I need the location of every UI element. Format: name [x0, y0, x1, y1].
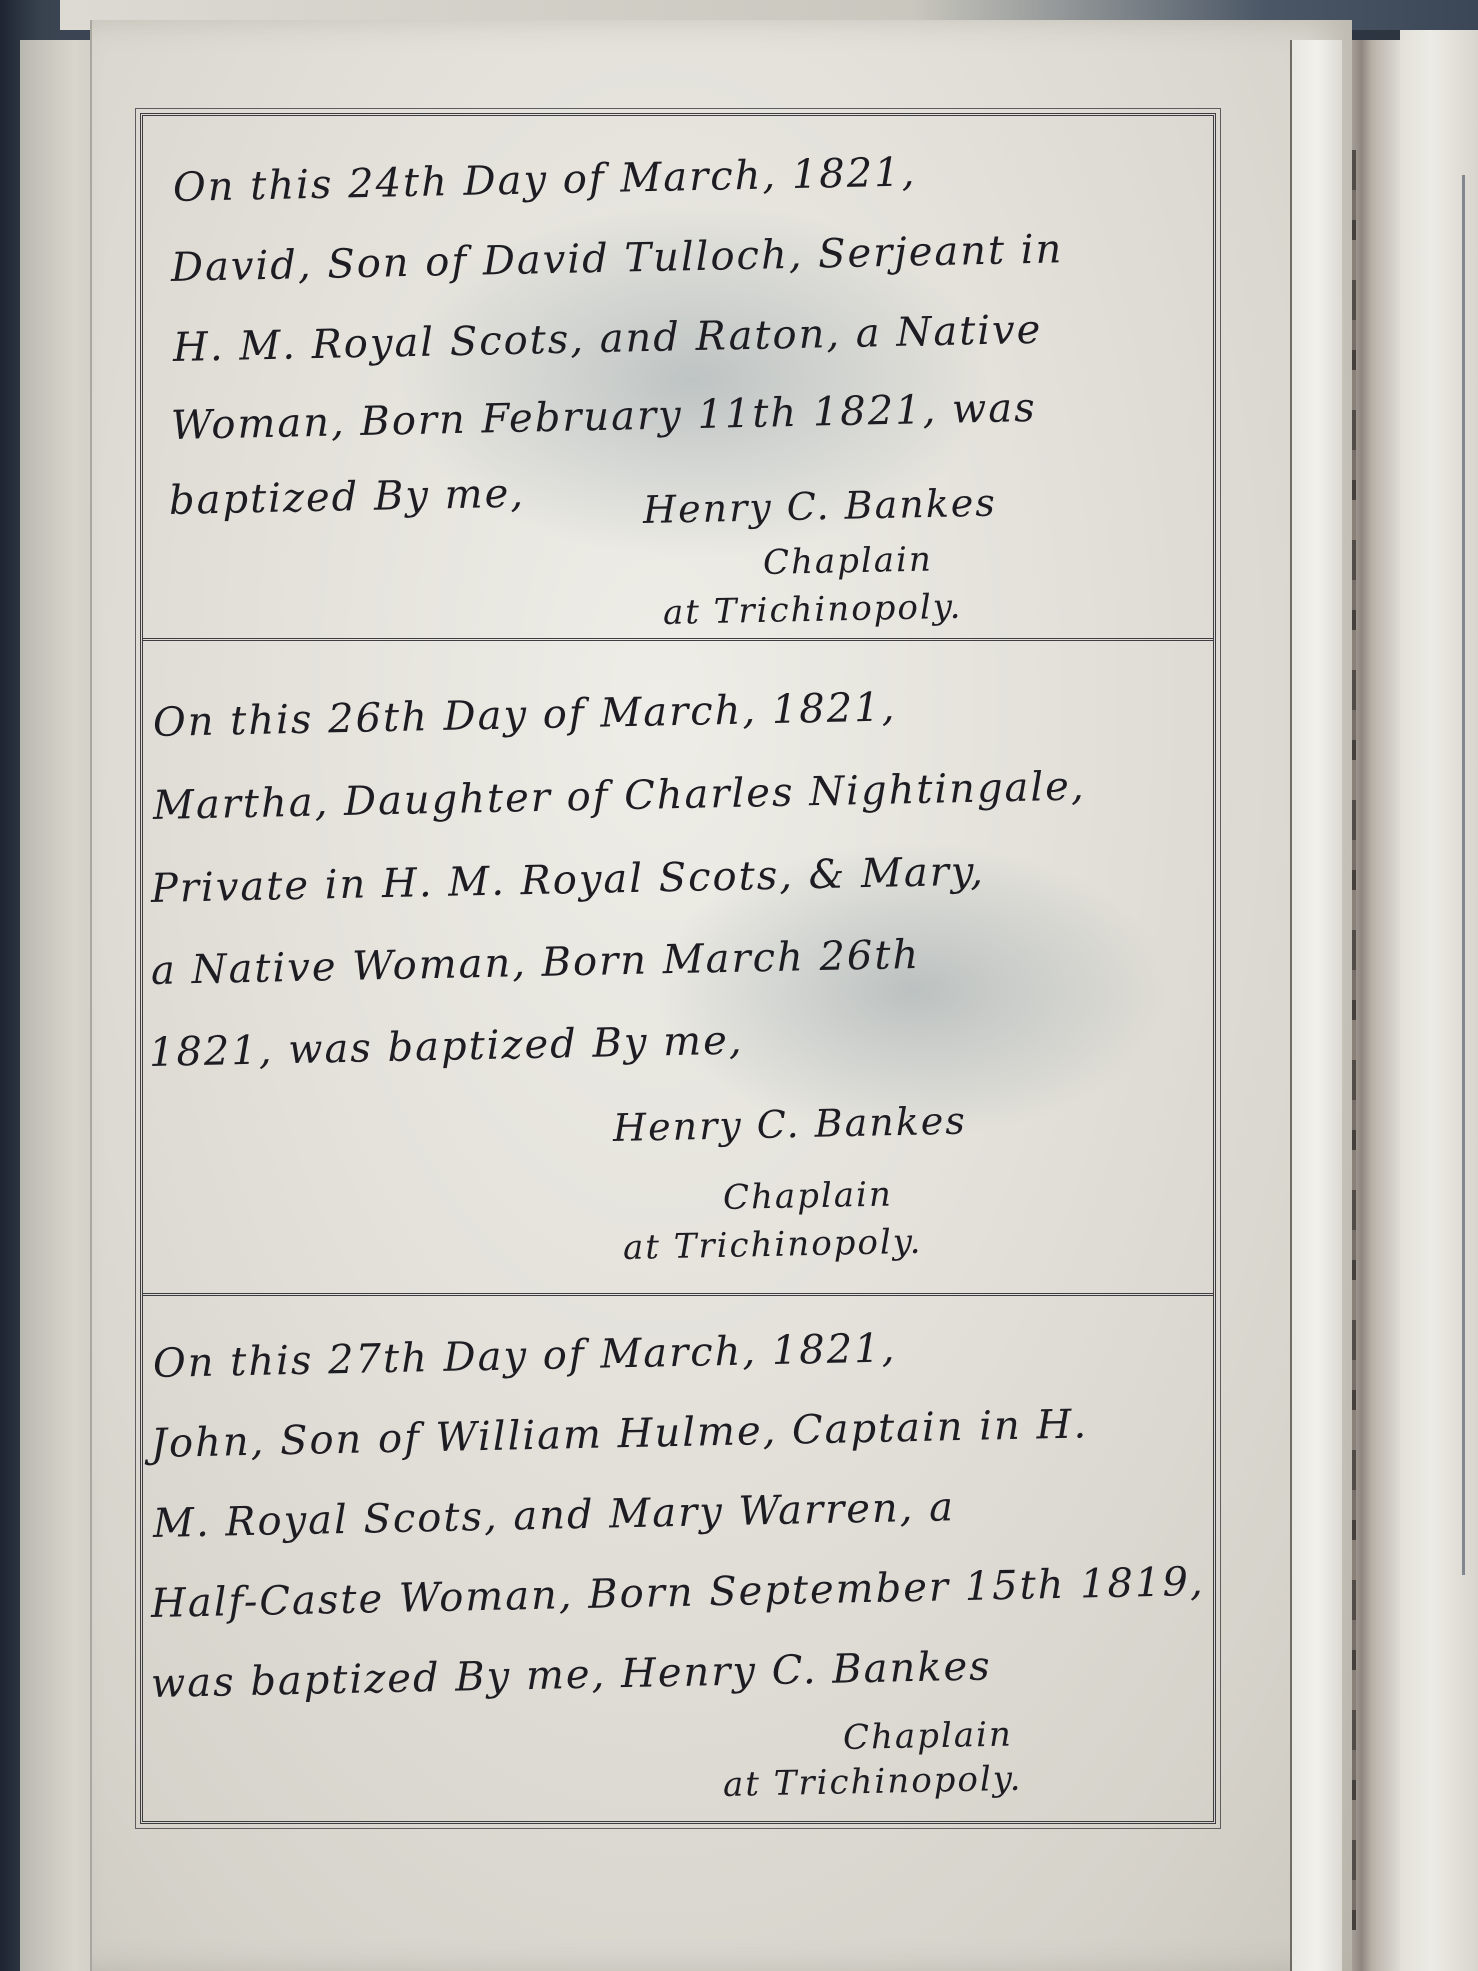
signature-title: Chaplain	[843, 1717, 1014, 1755]
entry-line: Martha, Daughter of Charles Nightingale,	[153, 766, 1086, 826]
signature-location: at Trichinopoly.	[723, 1762, 1023, 1802]
signature-title: Chaplain	[723, 1177, 894, 1215]
signature-title: Chaplain	[763, 542, 934, 580]
entry-line: baptized By me,	[169, 474, 526, 521]
binding-thread	[1352, 150, 1356, 1930]
entry-line: On this 27th Day of March, 1821,	[153, 1328, 897, 1384]
baptism-entry-1: On this 24th Day of March, 1821, David, …	[143, 116, 1213, 641]
entry-line: a Native Woman, Born March 26th	[151, 935, 921, 991]
entry-line: Private in H. M. Royal Scots, & Mary,	[151, 852, 986, 909]
entry-line: On this 26th Day of March, 1821,	[153, 687, 897, 743]
chaplain-signature: Henry C. Bankes	[613, 1102, 967, 1147]
baptism-entry-3: On this 27th Day of March, 1821, John, S…	[143, 1296, 1213, 1821]
entry-line: was baptized By me, Henry C. Bankes	[151, 1646, 993, 1704]
entry-line: David, Son of David Tulloch, Serjeant in	[171, 229, 1064, 288]
entry-line: On this 24th Day of March, 1821,	[173, 152, 917, 208]
facing-page	[1400, 30, 1478, 1971]
baptism-entry-2: On this 26th Day of March, 1821, Martha,…	[143, 641, 1213, 1296]
register-table: On this 24th Day of March, 1821, David, …	[140, 113, 1216, 1824]
entry-line: Woman, Born February 11th 1821, was	[171, 388, 1037, 446]
entry-line: H. M. Royal Scots, and Raton, a Native	[173, 310, 1043, 368]
entry-line: John, Son of William Hulme, Captain in H…	[151, 1404, 1089, 1464]
entry-line: Half-Caste Woman, Born September 15th 18…	[151, 1562, 1205, 1624]
entry-line: M. Royal Scots, and Mary Warren, a	[153, 1487, 956, 1544]
signature-location: at Trichinopoly.	[623, 1225, 923, 1265]
chaplain-signature: Henry C. Bankes	[643, 484, 997, 529]
page-fore-edge	[1290, 40, 1342, 1971]
signature-location: at Trichinopoly.	[663, 590, 963, 630]
facing-page-rule	[1462, 175, 1465, 1575]
entry-line: 1821, was baptized By me,	[149, 1021, 744, 1073]
